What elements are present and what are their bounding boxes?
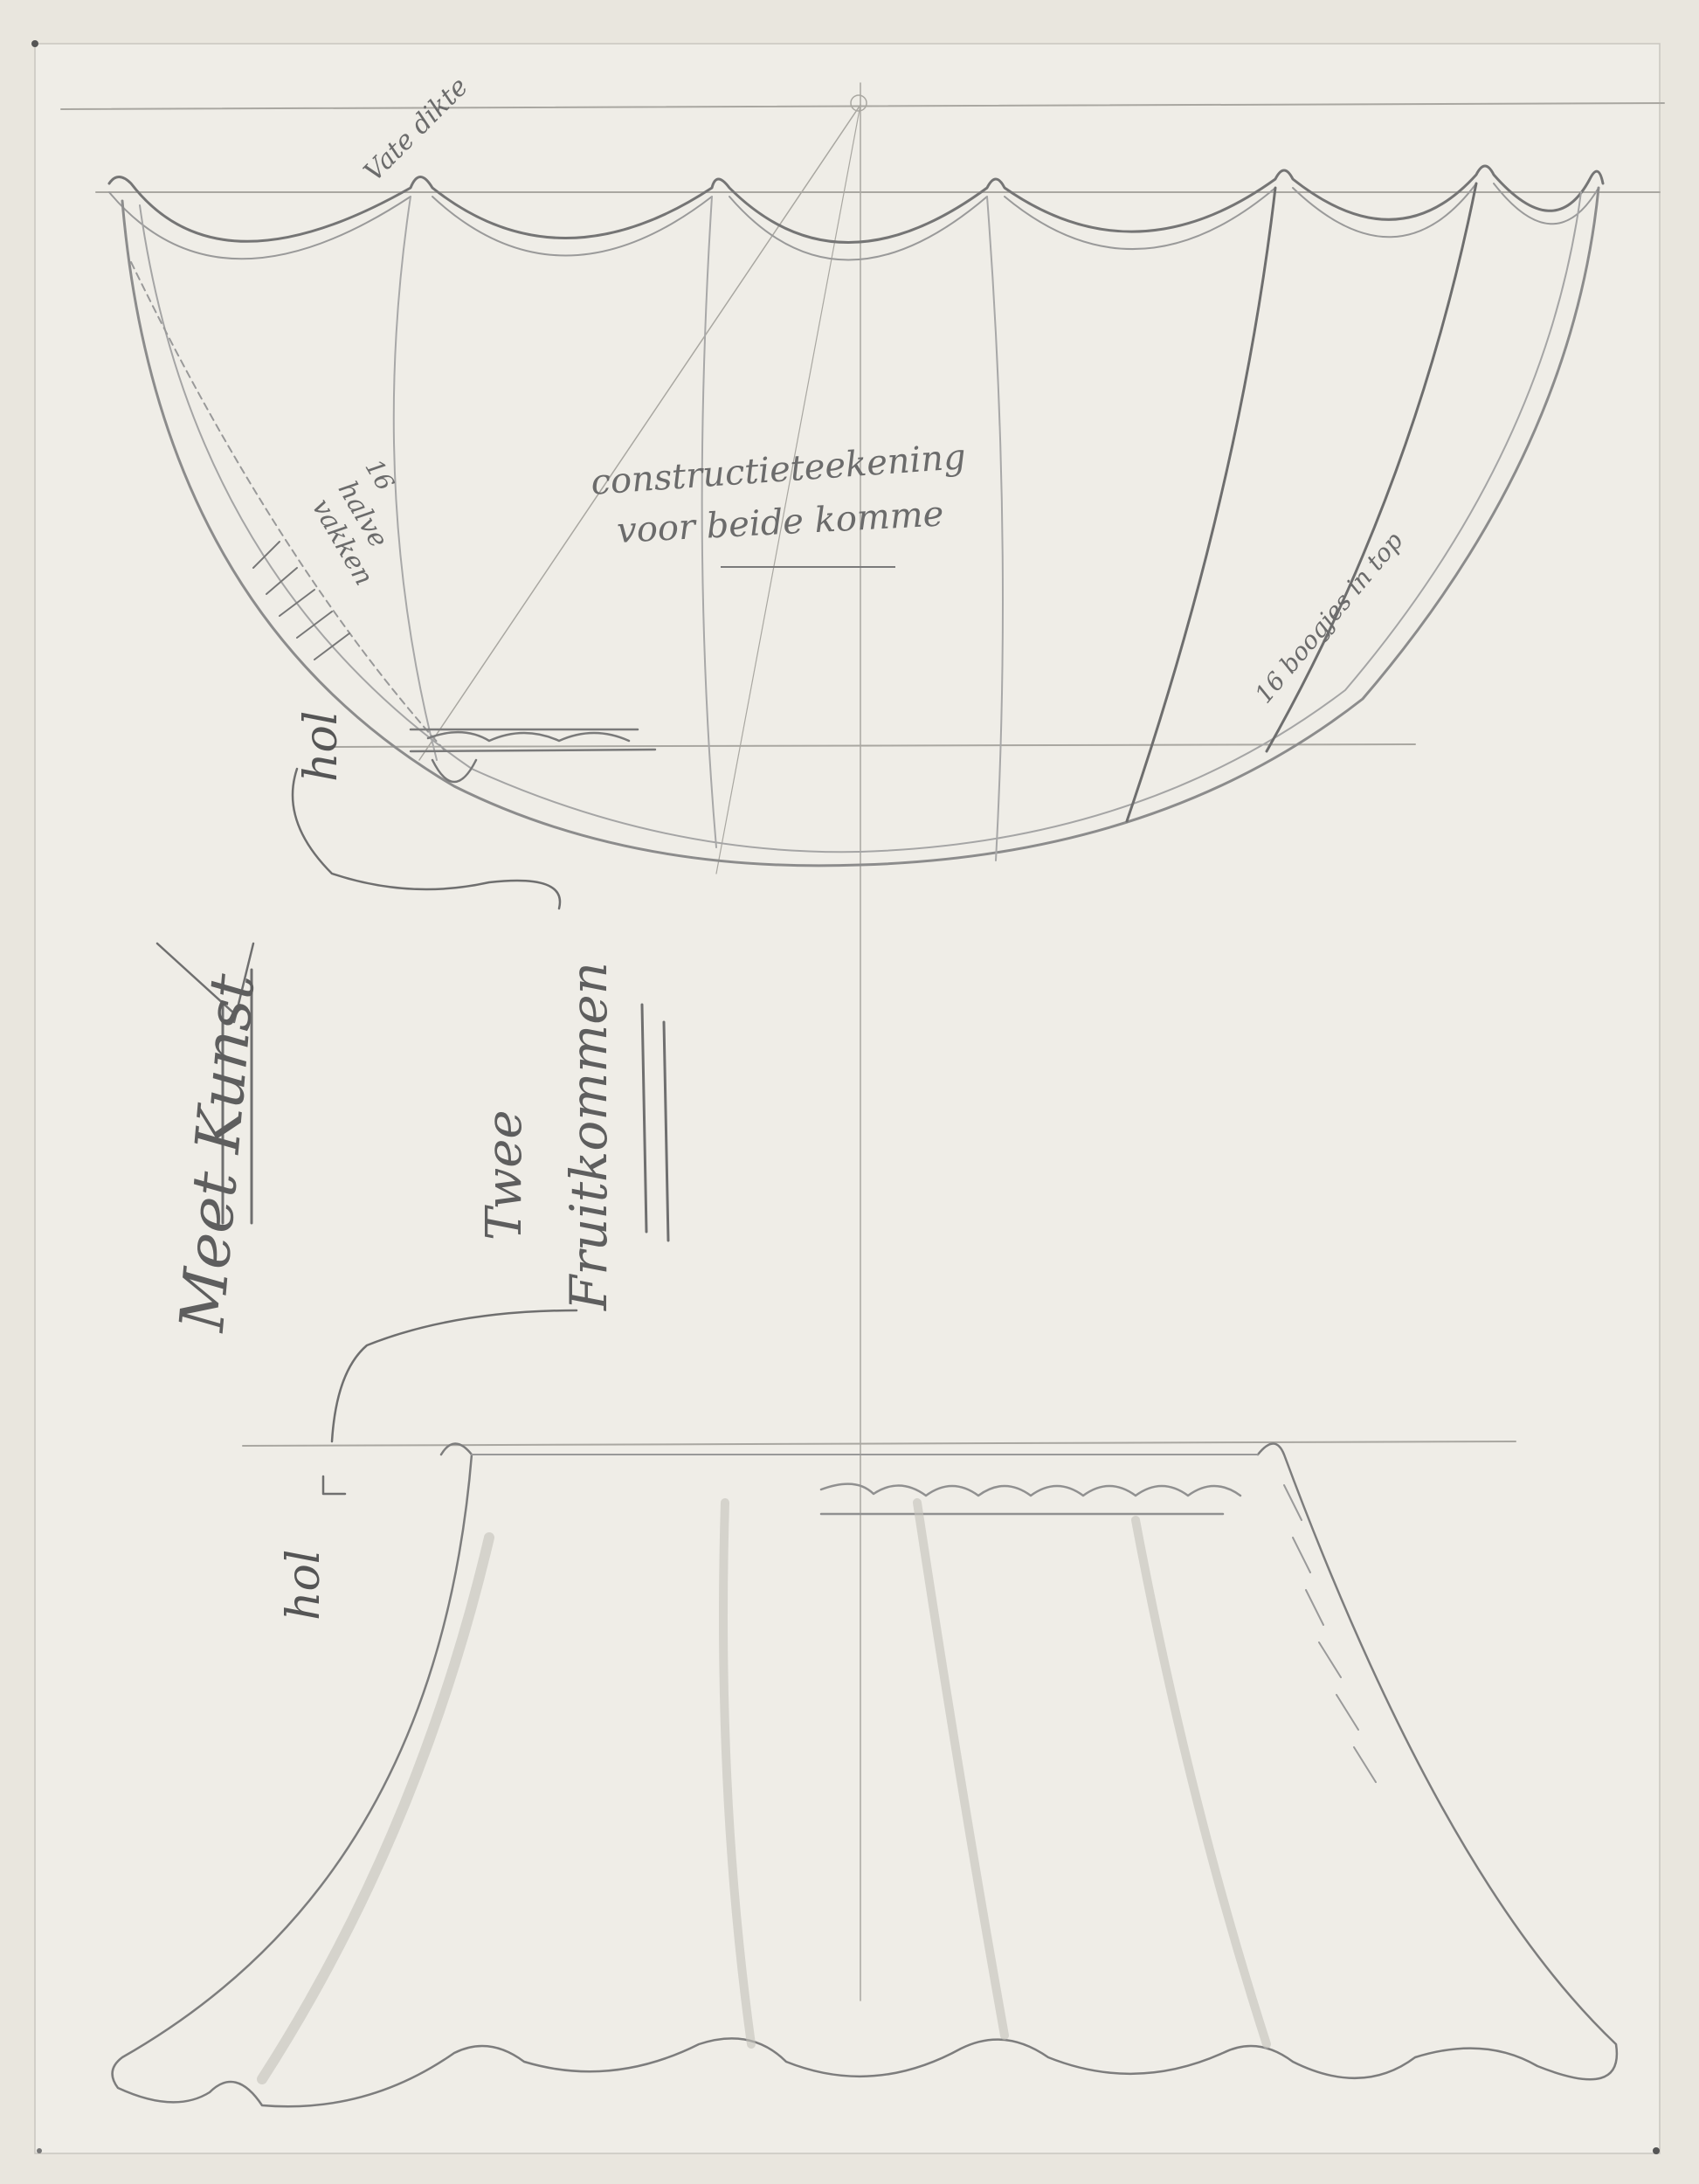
label-hollow-bottom: hol bbox=[278, 1550, 330, 1621]
construction-note-underline bbox=[721, 566, 895, 568]
pin-mark-bottom-right bbox=[1653, 2147, 1660, 2154]
label-two-bowls-1: Twee bbox=[476, 1109, 533, 1241]
drawing-sheet bbox=[35, 44, 1660, 2153]
label-hollow-top: hol bbox=[295, 711, 348, 782]
pin-mark-bottom-left bbox=[37, 2148, 42, 2153]
label-two-bowls-2: Fruitkommen bbox=[559, 962, 618, 1310]
pin-mark-top-left bbox=[31, 40, 38, 47]
